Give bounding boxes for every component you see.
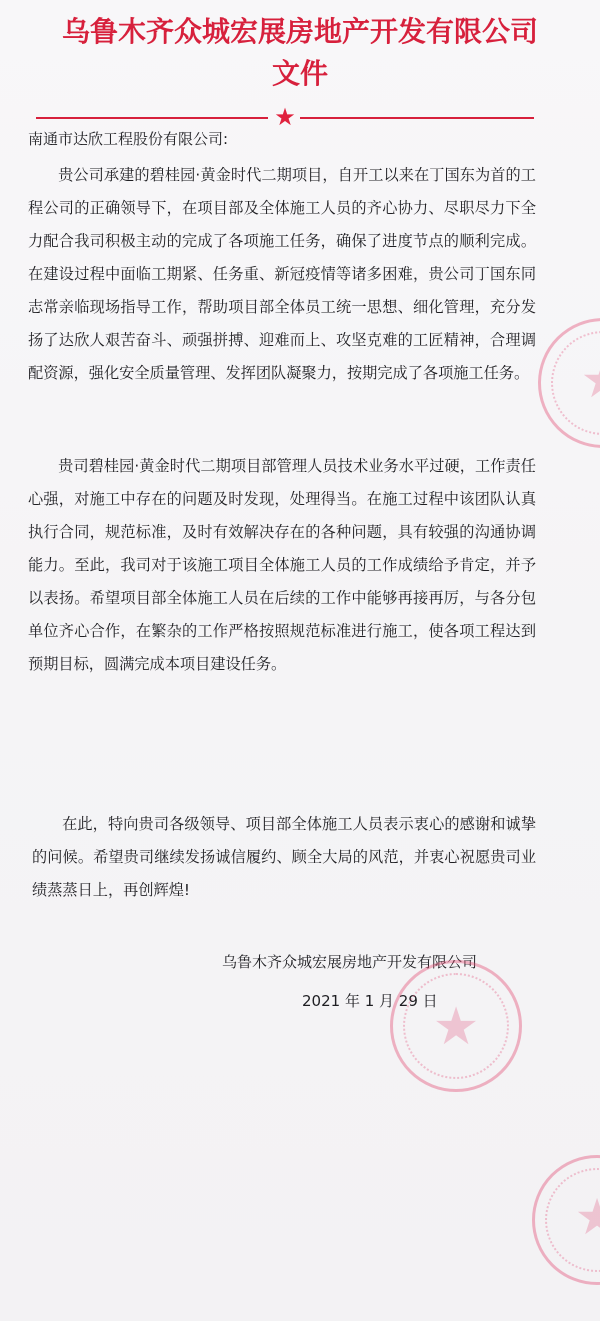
seal-star-icon: ★ xyxy=(393,997,519,1057)
official-seal-stamp: ★ xyxy=(532,1155,600,1285)
seal-star-icon: ★ xyxy=(535,1188,600,1246)
company-title: 乌鲁木齐众城宏展房地产开发有限公司 xyxy=(0,14,600,50)
body-paragraph-1: 贵公司承建的碧桂园·黄金时代二期项目，自开工以来在丁国东为首的工程公司的正确领导… xyxy=(28,159,536,390)
paragraph-text: 在此，特向贵司各级领导、项目部全体施工人员表示衷心的感谢和诚挚的问候。希望贵司继… xyxy=(32,815,536,899)
official-seal-stamp: ★ xyxy=(390,960,522,1092)
paragraph-text: 贵公司承建的碧桂园·黄金时代二期项目，自开工以来在丁国东为首的工程公司的正确领导… xyxy=(28,166,536,382)
official-seal-stamp: ★ xyxy=(538,318,600,448)
body-paragraph-2: 贵司碧桂园·黄金时代二期项目部管理人员技术业务水平过硬，工作责任心强，对施工中存… xyxy=(28,450,536,681)
star-icon: ★ xyxy=(272,104,298,130)
paragraph-text: 贵司碧桂园·黄金时代二期项目部管理人员技术业务水平过硬，工作责任心强，对施工中存… xyxy=(28,457,536,673)
salutation: 南通市达欣工程股份有限公司: xyxy=(28,128,228,150)
header-divider-left xyxy=(36,117,268,119)
seal-star-icon: ★ xyxy=(541,351,600,409)
header-divider-right xyxy=(300,117,534,119)
letter-page: 乌鲁木齐众城宏展房地产开发有限公司 文件 ★ 南通市达欣工程股份有限公司: 贵公… xyxy=(0,0,600,1321)
document-type-title: 文件 xyxy=(0,56,600,92)
body-paragraph-3: 在此，特向贵司各级领导、项目部全体施工人员表示衷心的感谢和诚挚的问候。希望贵司继… xyxy=(32,808,536,907)
